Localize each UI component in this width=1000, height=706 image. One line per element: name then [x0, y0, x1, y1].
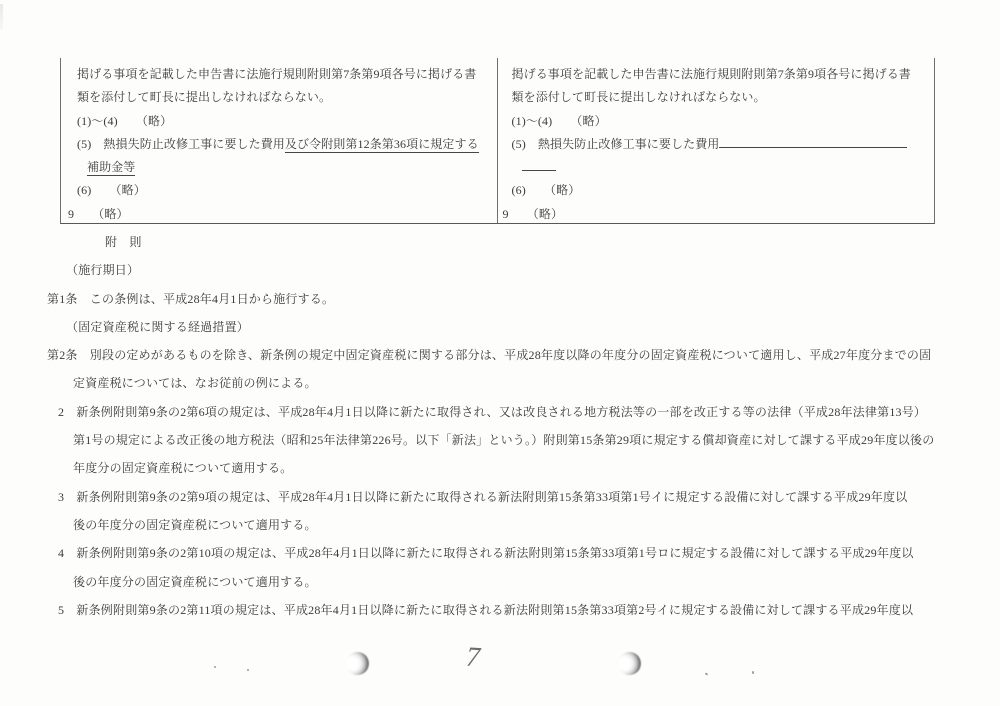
text-line: (5) 熱損失防止改修工事に要した費用及び令附則第12条第36項に規定する — [77, 133, 493, 156]
blank-underline — [522, 159, 556, 171]
text-run: 9 （略） — [503, 207, 564, 221]
text-line: 第1条 この条例は、平成28年4月1日から施行する。 — [47, 285, 975, 313]
punch-hole-shadow-left — [346, 652, 369, 675]
text-line: 後の年度分の固定資産税について適用する。 — [73, 568, 975, 596]
scan-speck — [214, 666, 216, 668]
text-run: (6) （略） — [512, 183, 581, 197]
text-run: 5 新条例附則第9条の2第11項の規定は、平成28年4月1日以降に新たに取得され… — [58, 603, 913, 617]
text-run: 9 （略） — [68, 207, 129, 221]
text-line — [522, 156, 931, 179]
text-run: (5) 熱損失防止改修工事に要した費用 — [77, 137, 285, 151]
text-run: 2 新条例附則第9条の2第6項の規定は、平成28年4月1日以降に新たに取得され、… — [58, 405, 926, 419]
text-line: 9 （略） — [68, 203, 493, 226]
blank-underline — [719, 136, 907, 148]
text-run: (1)～(4) （略） — [512, 114, 607, 128]
text-run: 4 新条例附則第9条の2第10項の規定は、平成28年4月1日以降に新たに取得され… — [58, 546, 914, 560]
text-line: (1)～(4) （略） — [512, 110, 931, 133]
text-run: 附 則 — [105, 235, 142, 249]
scan-edge-artifact — [0, 4, 3, 30]
scan-speck — [705, 672, 709, 675]
text-run: （施行期日） — [66, 263, 139, 277]
scan-speck — [247, 669, 249, 671]
text-run: 定資産税については、なお従前の例による。 — [73, 376, 317, 390]
text-line: (6) （略） — [512, 179, 931, 202]
table-right-column: 掲げる事項を記載した申告書に法施行規則附則第7条第9項各号に掲げる書類を添付して… — [498, 58, 935, 223]
text-line: 補助金等 — [87, 156, 493, 179]
comparison-table: 掲げる事項を記載した申告書に法施行規則附則第7条第9項各号に掲げる書類を添付して… — [60, 58, 935, 224]
text-line: 第1号の規定による改正後の地方税法（昭和25年法律第226号。以下「新法」という… — [73, 426, 975, 454]
text-run: 後の年度分の固定資産税について適用する。 — [73, 575, 317, 589]
text-run: 年度分の固定資産税について適用する。 — [73, 461, 292, 475]
text-line: 第2条 別段の定めがあるものを除き、新条例の規定中固定資産税に関する部分は、平成… — [47, 341, 975, 369]
text-line: 掲げる事項を記載した申告書に法施行規則附則第7条第9項各号に掲げる書 — [512, 63, 931, 86]
text-line: （固定資産税に関する経過措置） — [66, 313, 975, 341]
scanned-document-page: 掲げる事項を記載した申告書に法施行規則附則第7条第9項各号に掲げる書類を添付して… — [0, 0, 1000, 706]
text-run: 第2条 別段の定めがあるものを除き、新条例の規定中固定資産税に関する部分は、平成… — [47, 348, 931, 362]
text-line: （施行期日） — [66, 256, 975, 284]
text-run: 掲げる事項を記載した申告書に法施行規則附則第7条第9項各号に掲げる書 — [77, 67, 476, 81]
punch-hole-shadow-right — [618, 652, 641, 675]
underlined-text: 補助金等 — [87, 160, 135, 176]
table-left-column: 掲げる事項を記載した申告書に法施行規則附則第7条第9項各号に掲げる書類を添付して… — [61, 58, 498, 223]
text-line: 類を添付して町長に提出しなければならない。 — [512, 86, 931, 109]
text-line: (5) 熱損失防止改修工事に要した費用 — [512, 133, 931, 156]
text-line: 後の年度分の固定資産税について適用する。 — [73, 511, 975, 539]
text-line: 類を添付して町長に提出しなければならない。 — [77, 86, 493, 109]
text-line: 2 新条例附則第9条の2第6項の規定は、平成28年4月1日以降に新たに取得され、… — [58, 398, 975, 426]
text-line: (1)～(4) （略） — [77, 110, 493, 133]
text-line: 5 新条例附則第9条の2第11項の規定は、平成28年4月1日以降に新たに取得され… — [58, 596, 975, 624]
underlined-text: 及び令附則第12条第36項に規定する — [285, 137, 479, 153]
text-run: (1)～(4) （略） — [77, 114, 172, 128]
text-line: 年度分の固定資産税について適用する。 — [73, 454, 975, 482]
text-run: 第1号の規定による改正後の地方税法（昭和25年法律第226号。以下「新法」という… — [73, 433, 934, 447]
text-run: 類を添付して町長に提出しなければならない。 — [512, 90, 766, 104]
text-run: 後の年度分の固定資産税について適用する。 — [73, 518, 317, 532]
text-run: (6) （略） — [77, 183, 146, 197]
text-line: 3 新条例附則第9条の2第9項の規定は、平成28年4月1日以降に新たに取得される… — [58, 483, 975, 511]
text-line: 定資産税については、なお従前の例による。 — [73, 369, 975, 397]
text-run: 3 新条例附則第9条の2第9項の規定は、平成28年4月1日以降に新たに取得される… — [58, 490, 907, 504]
appendix-section: 附 則（施行期日）第1条 この条例は、平成28年4月1日から施行する。（固定資産… — [45, 228, 975, 624]
scan-speck — [752, 671, 754, 674]
text-run: 第1条 この条例は、平成28年4月1日から施行する。 — [47, 292, 334, 306]
text-line: 4 新条例附則第9条の2第10項の規定は、平成28年4月1日以降に新たに取得され… — [58, 539, 975, 567]
text-line: 附 則 — [105, 228, 975, 256]
text-line: 掲げる事項を記載した申告書に法施行規則附則第7条第9項各号に掲げる書 — [77, 63, 493, 86]
text-line: (6) （略） — [77, 179, 493, 202]
text-run: （固定資産税に関する経過措置） — [66, 320, 249, 334]
text-run: 掲げる事項を記載した申告書に法施行規則附則第7条第9項各号に掲げる書 — [512, 67, 911, 81]
page-number-handwritten: 7 — [465, 644, 480, 673]
text-line: 9 （略） — [503, 203, 931, 226]
text-run: (5) 熱損失防止改修工事に要した費用 — [512, 137, 720, 151]
text-run: 類を添付して町長に提出しなければならない。 — [77, 90, 331, 104]
